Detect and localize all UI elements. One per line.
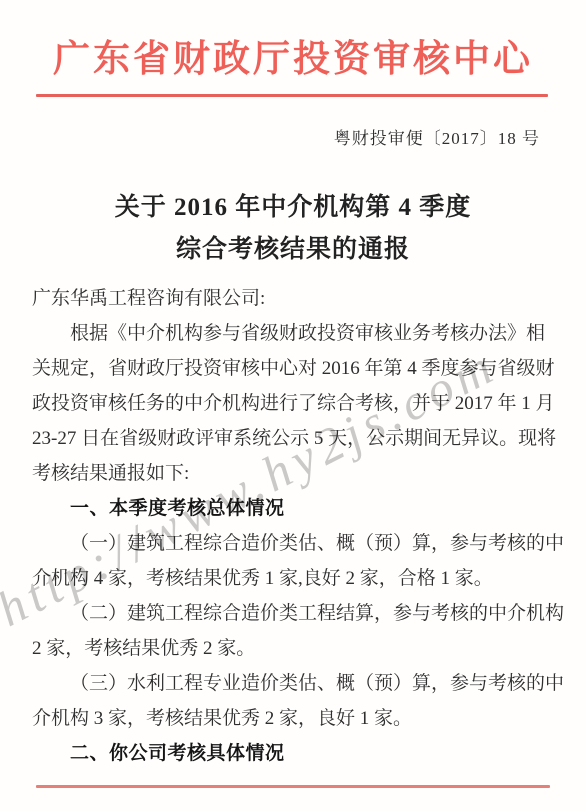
body-line: （一）建筑工程综合造价类估、概（预）算，参与考核的中 xyxy=(32,526,556,561)
doc-title-line-1: 关于 2016 年中介机构第 4 季度 xyxy=(0,187,586,229)
letterhead-rule xyxy=(36,94,548,97)
body-line: 介机构 4 家，考核结果优秀 1 家,良好 2 家，合格 1 家。 xyxy=(32,561,556,596)
scanned-document-page: 广东省财政厅投资审核中心 粤财投审便〔2017〕18 号 关于 2016 年中介… xyxy=(0,0,586,811)
body-line: （三）水利工程专业造价类估、概（预）算，参与考核的中 xyxy=(32,666,556,701)
body-line: 政投资审核任务的中介机构进行了综合考核，并于 2017 年 1 月 xyxy=(32,386,556,421)
document-body: 根据《中介机构参与省级财政投资审核业务考核办法》相关规定，省财政厅投资审核中心对… xyxy=(32,316,556,771)
body-line: 23-27 日在省级财政评审系统公示 5 天，公示期间无异议。现将 xyxy=(32,421,556,456)
body-line: 介机构 3 家，考核结果优秀 2 家，良好 1 家。 xyxy=(32,701,556,736)
body-line: 二、你公司考核具体情况 xyxy=(32,736,556,771)
body-line: 2 家，考核结果优秀 2 家。 xyxy=(32,631,556,666)
footer-rule xyxy=(36,785,550,788)
doc-number: 粤财投审便〔2017〕18 号 xyxy=(334,124,540,149)
doc-title: 关于 2016 年中介机构第 4 季度 综合考核结果的通报 xyxy=(0,187,586,271)
doc-title-line-2: 综合考核结果的通报 xyxy=(0,229,586,271)
body-line: 一、本季度考核总体情况 xyxy=(32,491,556,526)
body-line: 根据《中介机构参与省级财政投资审核业务考核办法》相 xyxy=(32,316,556,351)
body-line: 考核结果通报如下: xyxy=(32,456,556,491)
body-line: （二）建筑工程综合造价类工程结算，参与考核的中介机构 xyxy=(32,596,556,631)
letterhead-org-name: 广东省财政厅投资审核中心 xyxy=(0,28,586,82)
body-line: 关规定，省财政厅投资审核中心对 2016 年第 4 季度参与省级财 xyxy=(32,351,556,386)
salutation: 广东华禹工程咨询有限公司: xyxy=(32,283,265,310)
